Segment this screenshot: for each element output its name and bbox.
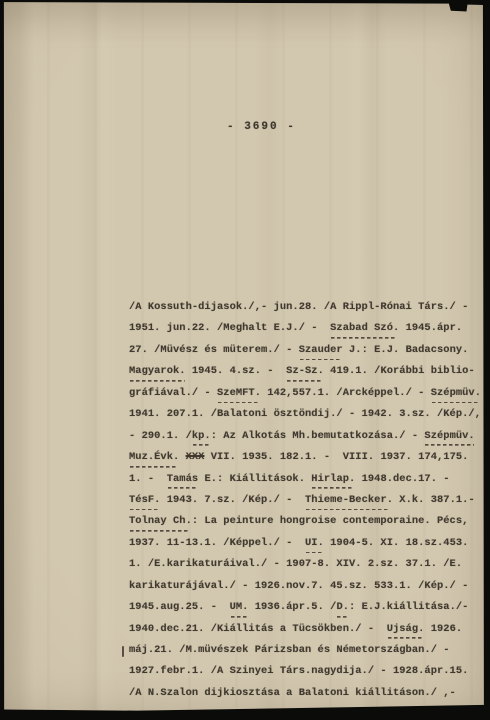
text-segment: 1926.	[424, 623, 462, 635]
text-segment: : La peinture hongroise contemporaine. P…	[192, 515, 469, 527]
underlined-segment: Muz.Évk.	[129, 451, 179, 468]
text-segment: 1. -	[129, 473, 167, 485]
text-segment: 1927.febr.1. /A Szinyei Társ.nagydija./ …	[129, 665, 468, 677]
underlined-segment: SzeMFT.	[217, 387, 261, 404]
underlined-segment: Hirlap.	[311, 473, 355, 490]
underlined-segment: Tolnay Ch.	[129, 515, 192, 532]
text-segment: /A Kossuth-dijasok./,- jun.28. /A Rippl-…	[129, 301, 468, 313]
underlined-segment: Szabad Szó.	[330, 322, 399, 339]
underlined-segment: Ujság.	[387, 623, 425, 640]
text-line: - 290.1. /kp.: Az Alkotás Mh.bemutatkozá…	[129, 426, 485, 447]
underlined-segment: Szépmüv.	[424, 430, 474, 447]
text-segment: 1. /E.karikaturáival./ - 1907-8. XIV. 2.…	[129, 558, 462, 570]
text-line: /A N.Szalon dijkiosztása a Balatoni kiál…	[129, 683, 485, 704]
text-line: 1940.dec.21. /Kiállitás a Tücsökben./ - …	[129, 619, 485, 640]
text-segment: 419.1. /Korábbi biblio-	[324, 365, 475, 377]
text-segment: gráfiával./ -	[129, 387, 217, 399]
text-segment: - 290.1. /	[129, 430, 192, 442]
text-segment: X.k. 387.1.-	[393, 494, 475, 506]
text-segment: : Az Alkotás Mh.bemutatkozása./ -	[211, 430, 425, 442]
underlined-segment: TésF.	[129, 494, 160, 511]
text-line: Magyarok. 1945. 4.sz. - Sz-Sz. 419.1. /K…	[129, 361, 485, 382]
underlined-segment: Szauder	[299, 344, 343, 361]
text-segment: 142,557.1. /Arcképpel./ -	[261, 387, 431, 399]
underlined-segment: Thieme-Becker.	[305, 494, 393, 511]
text-line: 1941. 207.1. /Balatoni ösztöndij./ - 194…	[129, 404, 485, 425]
underlined-segment: D.	[336, 601, 349, 618]
text-line: 1951. jun.22. /Meghalt E.J./ - Szabad Sz…	[129, 318, 485, 339]
underlined-segment: Szépmüv.	[431, 387, 481, 404]
text-segment: J.: E.J. Badacsony.	[343, 344, 469, 356]
text-segment: 1945. 4.sz. -	[186, 365, 287, 377]
text-line: 1937. 11-13.1. /Képpel./ - UI. 1904-5. X…	[129, 533, 485, 554]
ink-artifact	[122, 646, 124, 657]
page-number: - 3690 -	[227, 121, 296, 133]
text-segment: 1945.ápr.	[399, 322, 462, 334]
text-line: 1. - Tamás E.: Kiállitások. Hirlap. 1948…	[129, 469, 485, 490]
underlined-segment: UI.	[305, 537, 324, 554]
paper-page: - 3690 - /A Kossuth-dijasok./,- jun.28. …	[0, 0, 490, 720]
text-segment: 1943. 7.sz. /Kép./ -	[160, 494, 305, 506]
text-segment: 1941. 207.1. /Balatoni ösztöndij./ - 194…	[129, 408, 481, 420]
text-segment: karikaturájával./ - 1926.nov.7. 45.sz. 5…	[129, 580, 468, 592]
text-block: /A Kossuth-dijasok./,- jun.28. /A Rippl-…	[129, 297, 485, 704]
text-line: 1927.febr.1. /A Szinyei Társ.nagydija./ …	[129, 661, 485, 682]
text-line: TésF. 1943. 7.sz. /Kép./ - Thieme-Becker…	[129, 490, 485, 511]
text-segment: 27. /Müvész és müterem./ -	[129, 344, 299, 356]
text-segment: 1948.dec.17. -	[355, 473, 449, 485]
underlined-segment: kp.	[192, 430, 211, 447]
underlined-segment: Magyarok.	[129, 365, 186, 382]
text-segment: 1951. jun.22. /Meghalt E.J./ -	[129, 322, 330, 334]
text-segment: /A N.Szalon dijkiosztása a Balatoni kiál…	[129, 687, 456, 699]
text-line: 27. /Müvész és müterem./ - Szauder J.: E…	[129, 340, 485, 361]
text-segment: VII. 1935. 182.1. - VIII. 1937. 174,175.	[204, 451, 468, 463]
text-line: Muz.Évk. XXX VII. 1935. 182.1. - VIII. 1…	[129, 447, 485, 468]
text-line: gráfiával./ - SzeMFT. 142,557.1. /Arckép…	[129, 383, 485, 404]
struck-segment: XXX	[186, 451, 205, 463]
text-segment: 1904-5. XI. 18.sz.453.	[324, 537, 469, 549]
text-segment: 1945.aug.25. -	[129, 601, 230, 613]
text-segment: : E.J.kiállitása./-	[349, 601, 468, 613]
text-segment: E.: Kiállitások.	[198, 473, 311, 485]
text-line: /A Kossuth-dijasok./,- jun.28. /A Rippl-…	[129, 297, 485, 318]
text-segment: 1937. 11-13.1. /Képpel./ -	[129, 537, 305, 549]
text-line: Tolnay Ch.: La peinture hongroise contem…	[129, 511, 485, 532]
text-line: 1945.aug.25. - UM. 1936.ápr.5. /D.: E.J.…	[129, 597, 485, 618]
underlined-segment: Sz-Sz.	[286, 365, 324, 382]
scan-frame: - 3690 - /A Kossuth-dijasok./,- jun.28. …	[0, 0, 490, 720]
text-segment: máj.21. /M.müvészek Párizsban és Németor…	[129, 644, 450, 656]
underlined-segment: Tamás	[167, 473, 198, 490]
text-line: 1. /E.karikaturáival./ - 1907-8. XIV. 2.…	[129, 554, 485, 575]
underlined-segment: UM.	[230, 601, 249, 618]
text-segment: 1940.dec.21. /Kiállitás a Tücsökben./ -	[129, 623, 387, 635]
text-segment: 1936.ápr.5. /	[248, 601, 336, 613]
text-line: máj.21. /M.müvészek Párizsban és Németor…	[129, 640, 485, 661]
text-line: karikaturájával./ - 1926.nov.7. 45.sz. 5…	[129, 576, 485, 597]
